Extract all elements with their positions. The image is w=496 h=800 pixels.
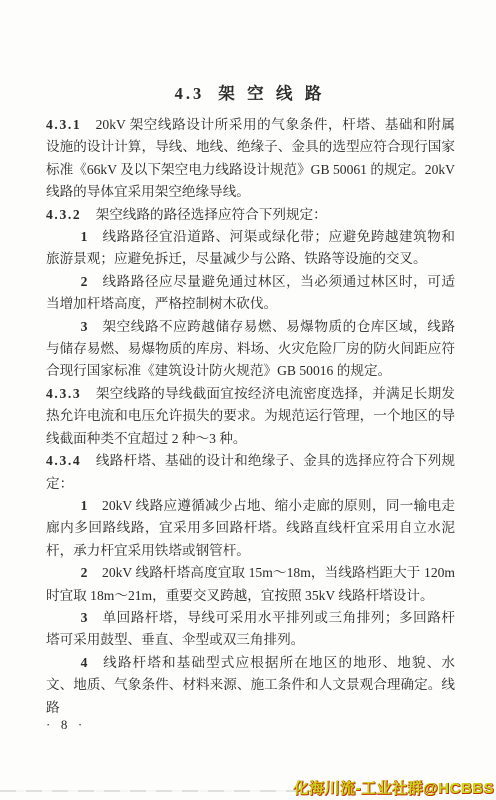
page-number: · 8 · xyxy=(46,717,86,733)
clause-4-3-4-item-2: 220kV 线路杆塔高度宜取 15m～18m，当线路档距大于 120m 时宜取 … xyxy=(46,562,455,607)
clause-4-3-4-item-1: 120kV 线路应遵循减少占地、缩小走廊的原则，同一输电走廊内多回路线路，宜采用… xyxy=(46,495,455,562)
clause-4-3-2: 4.3.2架空线路的路径选择应符合下列规定： xyxy=(46,204,455,226)
clause-4-3-2-item-3: 3架空线路不应跨越储存易燃、易爆物质的仓库区域，线路与储存易燃、易爆物质的库房、… xyxy=(46,316,455,383)
item-text: 架空线路不应跨越储存易燃、易爆物质的仓库区域，线路与储存易燃、易爆物质的库房、料… xyxy=(46,319,455,379)
scan-artifact-line xyxy=(0,790,300,792)
clause-text: 线路杆塔、基础的设计和绝缘子、金具的选择应符合下列规定： xyxy=(46,453,455,490)
document-body: 4.3.120kV 架空线路设计所采用的气象条件，杆塔、基础和附属设施的设计计算… xyxy=(46,114,455,719)
item-text: 线路路径宜沿道路、河渠或绿化带；应避免跨越建筑物和旅游景观；应避免拆迁，尽量减少… xyxy=(46,229,455,266)
clause-number: 4.3.2 xyxy=(46,207,81,222)
item-number: 2 xyxy=(81,565,89,580)
clause-4-3-2-item-2: 2线路路径应尽量避免通过林区，当必须通过林区时，可适当增加杆塔高度，严格控制树木… xyxy=(46,271,455,316)
title-section-number: 4.3 xyxy=(175,84,205,103)
title-text: 架空线路 xyxy=(218,84,334,103)
clause-4-3-4-item-4: 4线路杆塔和基础型式应根据所在地区的地形、地貌、水文、地质、气象条件、材料来源、… xyxy=(46,652,455,719)
item-text: 线路杆塔和基础型式应根据所在地区的地形、地貌、水文、地质、气象条件、材料来源、施… xyxy=(46,655,455,715)
item-number: 1 xyxy=(81,229,89,244)
watermark: 化海川流-工业社群@HCBBS xyxy=(294,777,494,798)
clause-4-3-4-item-3: 3单回路杆塔，导线可采用水平排列或三角排列；多回路杆塔可采用鼓型、垂直、伞型或双… xyxy=(46,607,455,652)
clause-4-3-3: 4.3.3架空线路的导线截面宜按经济电流密度选择，并满足长期发热允许电流和电压允… xyxy=(46,383,455,450)
document-page: 4.3架空线路 4.3.120kV 架空线路设计所采用的气象条件，杆塔、基础和附… xyxy=(0,0,496,800)
clause-text: 架空线路的导线截面宜按经济电流密度选择，并满足长期发热允许电流和电压允许损失的要… xyxy=(46,386,455,446)
clause-4-3-2-item-1: 1线路路径宜沿道路、河渠或绿化带；应避免跨越建筑物和旅游景观；应避免拆迁，尽量减… xyxy=(46,226,455,271)
item-number: 1 xyxy=(81,498,89,513)
item-number: 4 xyxy=(81,655,89,670)
clause-4-3-1: 4.3.120kV 架空线路设计所采用的气象条件，杆塔、基础和附属设施的设计计算… xyxy=(46,114,455,204)
clause-number: 4.3.1 xyxy=(46,117,81,132)
clause-text: 20kV 架空线路设计所采用的气象条件，杆塔、基础和附属设施的设计计算，导线、地… xyxy=(46,117,455,199)
item-number: 3 xyxy=(81,610,89,625)
item-text: 20kV 线路杆塔高度宜取 15m～18m，当线路档距大于 120m 时宜取 1… xyxy=(46,565,455,602)
item-text: 20kV 线路应遵循减少占地、缩小走廊的原则，同一输电走廊内多回路线路，宜采用多… xyxy=(46,498,455,558)
clause-4-3-4: 4.3.4线路杆塔、基础的设计和绝缘子、金具的选择应符合下列规定： xyxy=(46,450,455,495)
clause-text: 架空线路的路径选择应符合下列规定： xyxy=(96,207,327,222)
page-title: 4.3架空线路 xyxy=(0,0,496,105)
clause-number: 4.3.3 xyxy=(46,386,81,401)
item-text: 线路路径应尽量避免通过林区，当必须通过林区时，可适当增加杆塔高度，严格控制树木砍… xyxy=(46,274,455,311)
item-number: 2 xyxy=(81,274,89,289)
item-text: 单回路杆塔，导线可采用水平排列或三角排列；多回路杆塔可采用鼓型、垂直、伞型或双三… xyxy=(46,610,455,647)
item-number: 3 xyxy=(81,319,89,334)
clause-number: 4.3.4 xyxy=(46,453,81,468)
